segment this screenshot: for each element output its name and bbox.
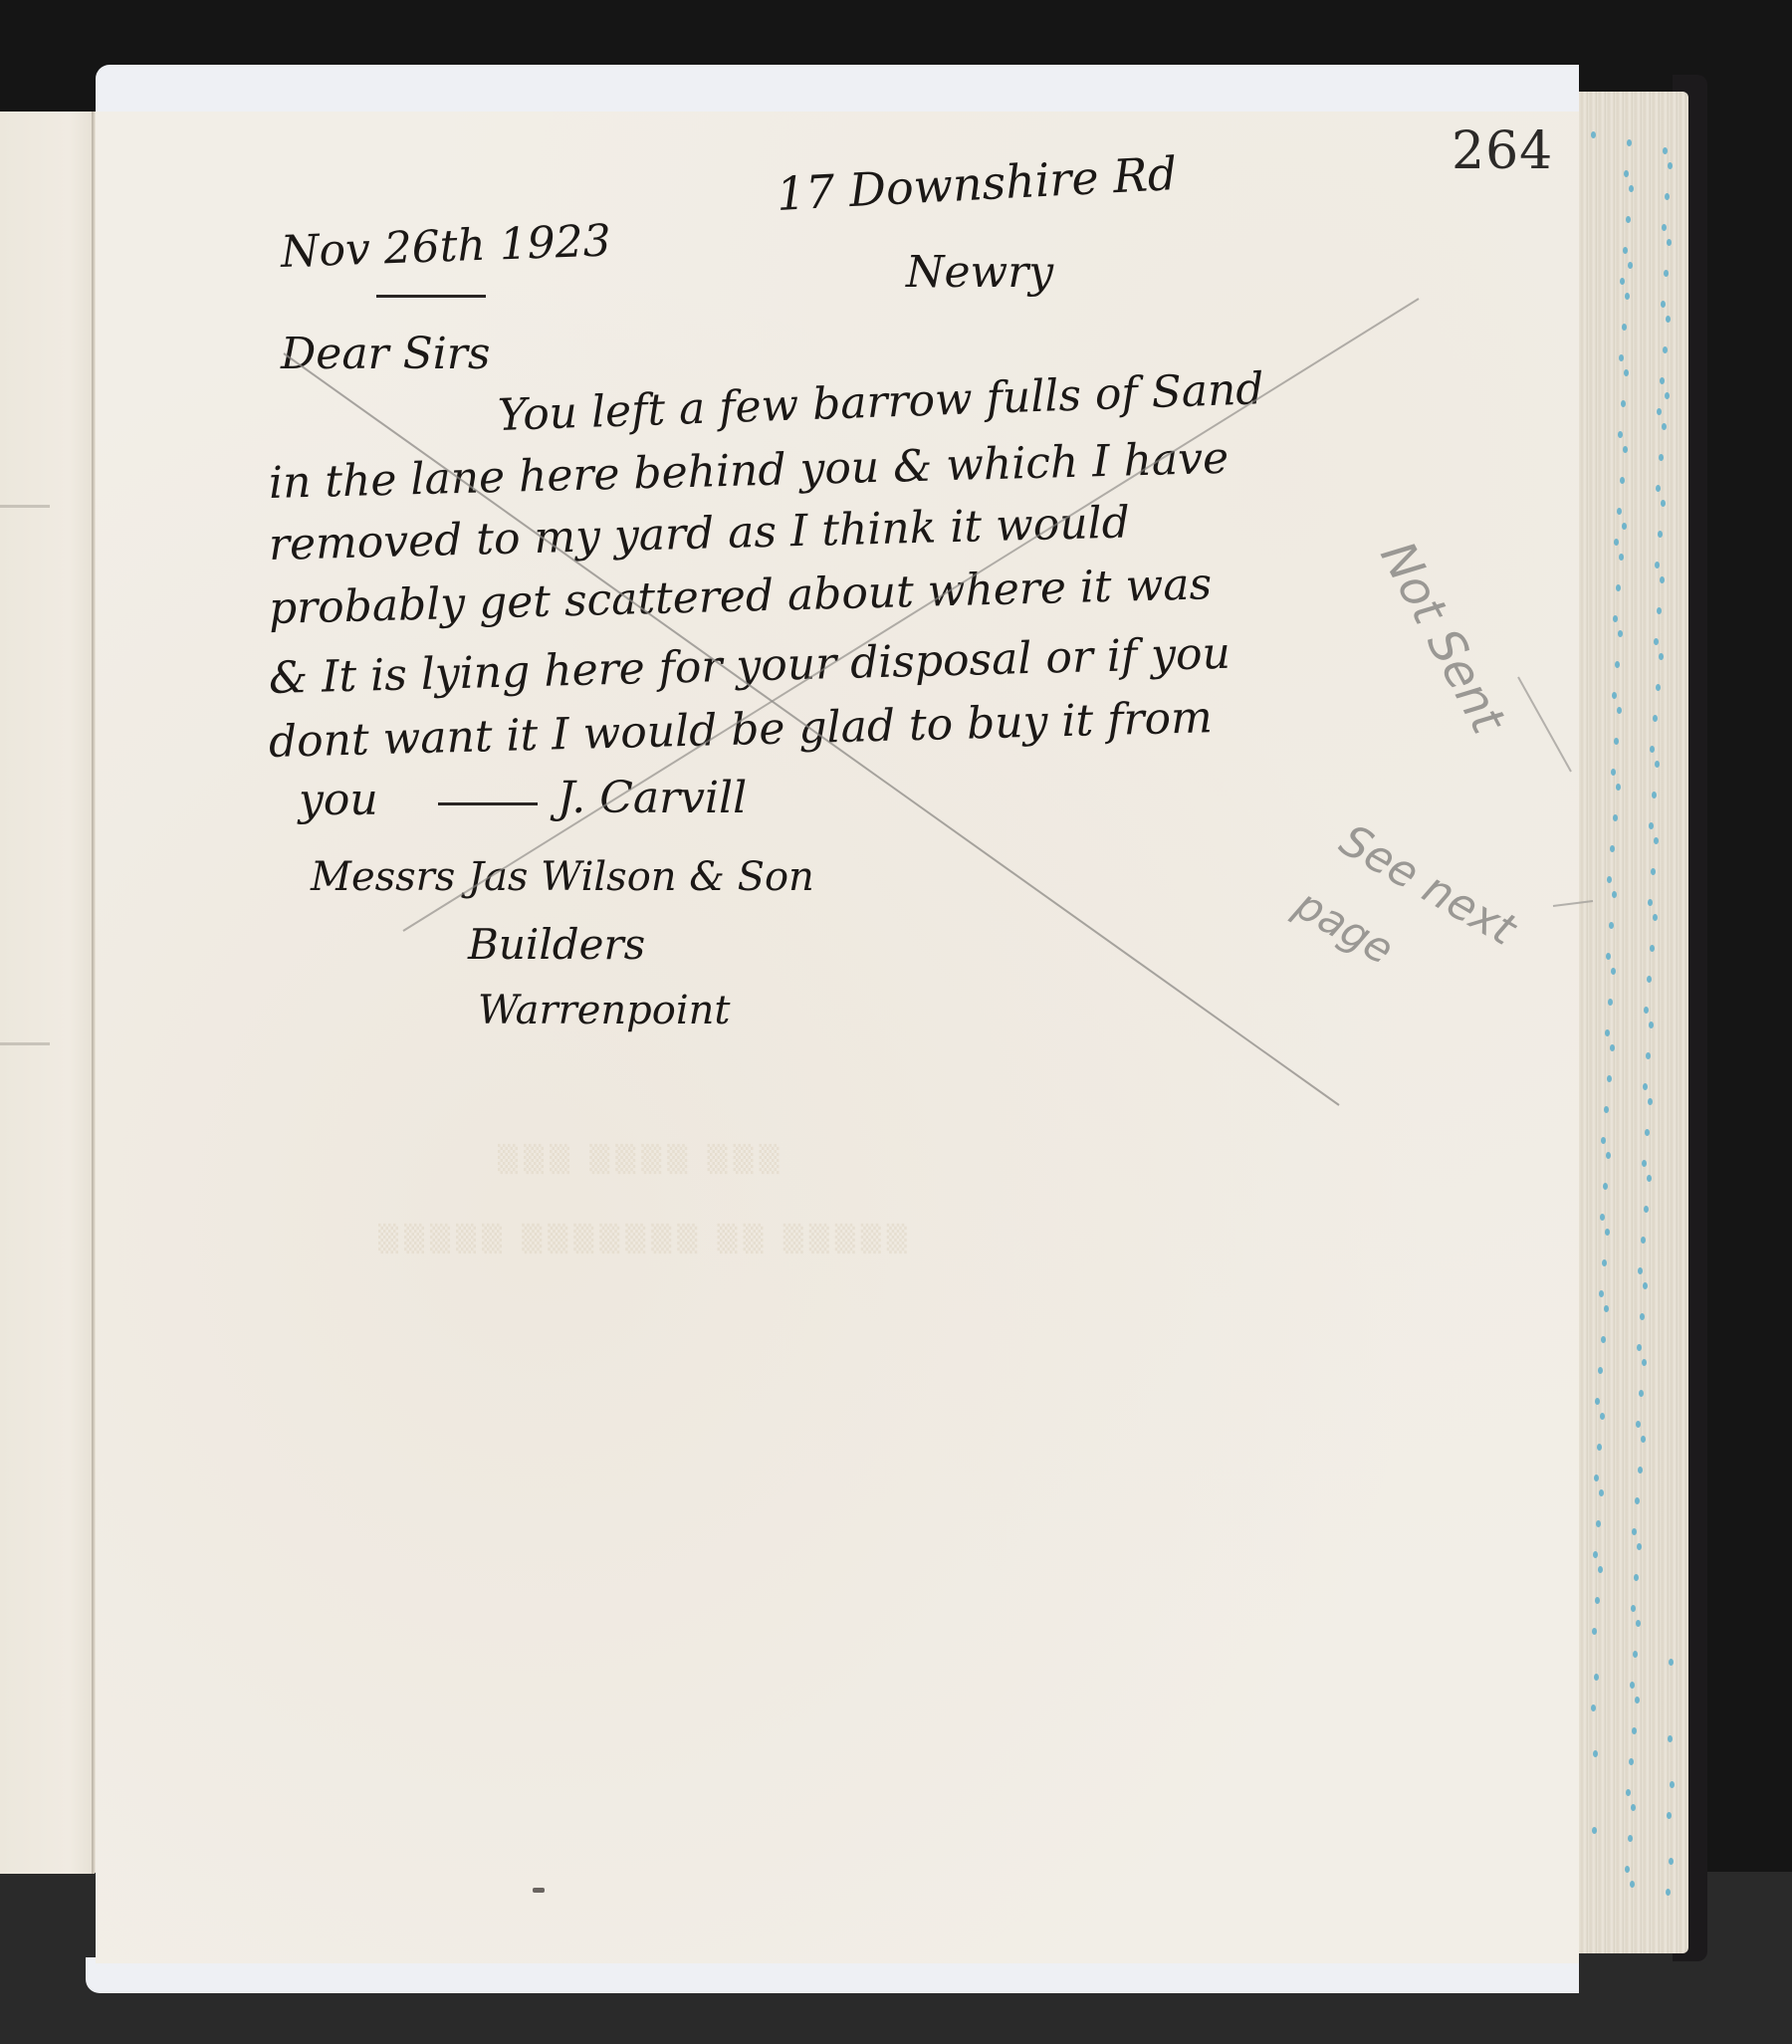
edge-speckle [1611, 968, 1616, 975]
edge-speckle [1666, 316, 1671, 323]
edge-speckle [1651, 868, 1656, 875]
edge-speckle [1669, 1858, 1674, 1865]
edge-speckle [1639, 1390, 1644, 1397]
edge-speckle [1660, 377, 1665, 384]
edge-speckle [1660, 576, 1665, 583]
edge-speckle [1629, 1758, 1634, 1765]
edge-speckle [1606, 1152, 1611, 1159]
edge-speckle [1644, 1007, 1649, 1014]
edge-speckle [1608, 999, 1613, 1006]
edge-speckle [1616, 784, 1621, 791]
recipient-line-1: Messrs Jas Wilson & Son [311, 854, 814, 900]
edge-speckle [1599, 1290, 1604, 1297]
edge-speckle [1612, 891, 1617, 898]
edge-speckle [1636, 1620, 1641, 1627]
date-underline [376, 295, 486, 298]
edge-speckle [1663, 346, 1668, 353]
edge-speckle [1592, 1628, 1597, 1635]
edge-speckle [1617, 508, 1622, 515]
edge-speckle [1600, 1214, 1605, 1221]
edge-speckle [1612, 692, 1617, 699]
edge-speckle [1611, 769, 1616, 776]
edge-speckle [1650, 746, 1655, 753]
edge-speckle [1605, 1229, 1610, 1236]
edge-speckle [1619, 354, 1624, 361]
edge-speckle [1664, 270, 1669, 277]
edge-speckle [1644, 1206, 1649, 1213]
recipient-line-3: Warrenpoint [478, 988, 730, 1033]
edge-speckle [1663, 147, 1668, 154]
edge-speckle [1605, 1029, 1610, 1036]
edge-speckle [1642, 1160, 1647, 1167]
edge-speckle [1604, 1305, 1609, 1312]
edge-speckle [1670, 1781, 1675, 1788]
edge-speckle [1591, 1704, 1596, 1711]
edge-speckle [1610, 845, 1615, 852]
edge-speckle [1630, 1682, 1635, 1689]
edge-speckle [1601, 1336, 1606, 1343]
edge-speckle [1650, 945, 1655, 952]
edge-speckle [1641, 1237, 1646, 1244]
body-line: you [299, 775, 378, 825]
edge-speckle [1596, 1520, 1601, 1527]
edge-speckle [1658, 531, 1663, 538]
edge-speckle [1623, 446, 1628, 453]
show-through-text: ▒▒▒▒▒ ▒▒▒▒▒▒▒ ▒▒ ▒▒▒▒▒ [378, 1225, 913, 1254]
left-page-mark [0, 505, 50, 508]
edge-speckle [1656, 684, 1661, 691]
edge-speckle [1624, 369, 1629, 376]
edge-speckle [1602, 1259, 1607, 1266]
edge-speckle [1594, 1674, 1599, 1681]
edge-speckle [1657, 607, 1662, 614]
edge-speckle [1632, 1727, 1637, 1734]
edge-speckle [1624, 170, 1629, 177]
left-facing-page [0, 112, 100, 1874]
edge-speckle [1634, 1574, 1639, 1581]
edge-speckle [1667, 239, 1672, 246]
edge-speckle [1616, 584, 1621, 591]
edge-speckle [1655, 562, 1660, 568]
edge-speckle [1640, 1313, 1645, 1320]
edge-speckle [1623, 247, 1628, 254]
edge-speckle [1620, 477, 1625, 484]
edge-speckle [1649, 1022, 1654, 1028]
show-through-text: ▒▒▒ ▒▒▒▒ ▒▒▒ [498, 1145, 784, 1175]
edge-speckle [1668, 1735, 1673, 1742]
edge-speckle [1666, 1889, 1671, 1896]
edge-speckle [1638, 1467, 1643, 1474]
page-number: 264 [1452, 121, 1553, 181]
edge-speckle [1626, 216, 1631, 223]
edge-speckle [1625, 293, 1630, 300]
edge-speckle [1649, 822, 1654, 829]
edge-speckle [1648, 899, 1653, 906]
edge-speckle [1594, 1475, 1599, 1481]
edge-speckle [1621, 400, 1626, 407]
edge-speckle [1636, 1421, 1641, 1428]
edge-speckle [1659, 653, 1664, 660]
edge-speckle [1648, 1098, 1653, 1105]
edge-speckle [1613, 814, 1618, 821]
edge-speckle [1601, 1137, 1606, 1144]
gutter [92, 112, 95, 1874]
edge-speckle [1661, 301, 1666, 308]
edge-speckle [1656, 485, 1661, 492]
edge-speckle [1619, 554, 1624, 561]
edge-speckle [1613, 615, 1618, 622]
edge-speckle [1617, 707, 1622, 714]
edge-speckle [1620, 278, 1625, 285]
edge-speckle [1625, 1866, 1630, 1873]
edge-speckle [1654, 837, 1659, 844]
edge-speckle [1668, 162, 1673, 169]
edge-speckle [1645, 1129, 1650, 1136]
address-line-2: Newry [906, 247, 1053, 298]
edge-speckle [1641, 1436, 1646, 1443]
edge-speckle [1635, 1497, 1640, 1504]
edge-speckle [1600, 1413, 1605, 1420]
edge-speckle [1631, 1605, 1636, 1612]
edge-speckle [1667, 1812, 1672, 1819]
edge-speckle [1665, 392, 1670, 399]
edge-speckle [1603, 1183, 1608, 1190]
edge-speckle [1653, 914, 1658, 921]
edge-speckle [1647, 1175, 1652, 1182]
edge-speckle [1646, 1052, 1651, 1059]
edge-speckle [1643, 1282, 1648, 1289]
edge-speckle [1652, 792, 1657, 798]
edge-speckle [1597, 1444, 1602, 1451]
edge-speckle [1629, 185, 1634, 192]
edge-speckle [1591, 131, 1596, 138]
edge-speckle [1637, 1344, 1642, 1351]
edge-speckle [1595, 1398, 1600, 1405]
edge-speckle [1662, 423, 1667, 430]
edge-speckle [1642, 1359, 1647, 1366]
edge-speckle [1604, 1106, 1609, 1113]
edge-speckle [1610, 1044, 1615, 1051]
edge-speckle [1614, 738, 1619, 745]
edge-speckle [1669, 1659, 1674, 1666]
edge-speckle [1632, 1528, 1637, 1535]
edge-speckle [1618, 630, 1623, 637]
edge-speckle [1607, 1075, 1612, 1082]
edge-speckle [1606, 953, 1611, 960]
edge-speckle [1598, 1367, 1603, 1374]
edge-speckle [1653, 715, 1658, 722]
edge-speckle [1659, 454, 1664, 461]
edge-speckle [1655, 761, 1660, 768]
edge-speckle [1614, 539, 1619, 546]
edge-speckle [1657, 408, 1662, 415]
edge-speckle [1626, 1789, 1631, 1796]
edge-speckle [1599, 1489, 1604, 1496]
edge-speckle [1661, 500, 1666, 507]
edge-speckle [1615, 661, 1620, 668]
edge-speckle [1638, 1267, 1643, 1274]
edge-speckle [1628, 262, 1633, 269]
edge-speckle [1654, 638, 1659, 645]
edge-speckle [1593, 1750, 1598, 1757]
edge-speckle [1631, 1804, 1636, 1811]
edge-speckle [1665, 193, 1670, 200]
edge-speckle [1598, 1566, 1603, 1573]
edge-speckle [1592, 1827, 1597, 1834]
page-stack-edge [1579, 92, 1688, 1953]
signature-dash [438, 802, 538, 805]
edge-speckle [1662, 224, 1667, 231]
edge-speckle [1609, 922, 1614, 929]
left-page-mark [0, 1042, 50, 1045]
edge-speckle [1633, 1651, 1638, 1658]
edge-speckle [1635, 1697, 1640, 1703]
edge-speckle [1607, 876, 1612, 883]
edge-speckle [1595, 1597, 1600, 1604]
recipient-line-2: Builders [468, 920, 645, 969]
edge-speckle [1618, 431, 1623, 438]
signature: J. Carvill [558, 773, 747, 823]
edge-speckle [1627, 139, 1632, 146]
edge-speckle [1630, 1881, 1635, 1888]
edge-speckle [1622, 523, 1627, 530]
salutation: Dear Sirs [281, 329, 490, 379]
edge-speckle [1643, 1083, 1648, 1090]
edge-speckle [1622, 324, 1627, 331]
edge-speckle [1593, 1551, 1598, 1558]
ink-speck [533, 1888, 545, 1893]
edge-speckle [1628, 1835, 1633, 1842]
edge-speckle [1637, 1543, 1642, 1550]
edge-speckle [1647, 976, 1652, 983]
